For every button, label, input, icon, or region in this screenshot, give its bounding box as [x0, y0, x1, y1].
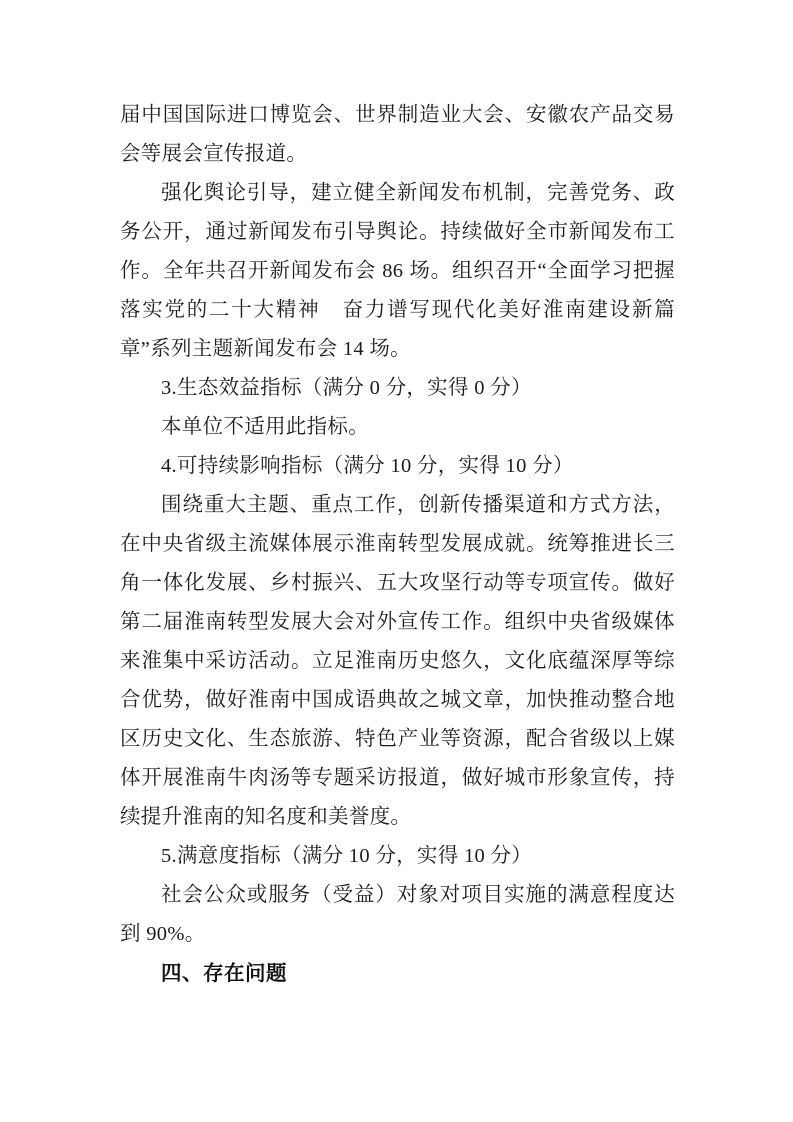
indicator-4-sustainability-heading: 4.可持续影响指标（满分 10 分，实得 10 分）: [120, 447, 675, 486]
indicator-5-satisfaction-heading: 5.满意度指标（满分 10 分，实得 10 分）: [120, 837, 675, 876]
section-4-problems-heading: 四、存在问题: [120, 954, 675, 993]
indicator-3-eco-benefit-heading: 3.生态效益指标（满分 0 分，实得 0 分）: [120, 369, 675, 408]
paragraph-media-promotion-details: 围绕重大主题、重点工作，创新传播渠道和方式方法，在中央省级主流媒体展示淮南转型发…: [120, 486, 675, 837]
paragraph-public-opinion-guidance: 强化舆论引导，建立健全新闻发布机制，完善党务、政务公开，通过新闻发布引导舆论。持…: [120, 174, 675, 369]
document-page: 届中国国际进口博览会、世界制造业大会、安徽农产品交易会等展会宣传报道。 强化舆论…: [0, 0, 793, 1122]
paragraph-expo-publicity-continuation: 届中国国际进口博览会、世界制造业大会、安徽农产品交易会等展会宣传报道。: [120, 96, 675, 174]
paragraph-not-applicable: 本单位不适用此指标。: [120, 408, 675, 447]
paragraph-satisfaction-result: 社会公众或服务（受益）对象对项目实施的满意程度达到 90%。: [120, 876, 675, 954]
